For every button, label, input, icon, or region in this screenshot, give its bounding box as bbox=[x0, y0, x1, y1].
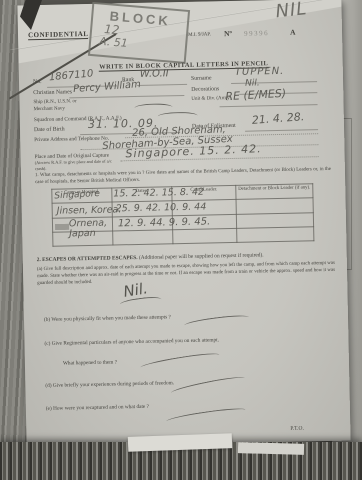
camp-row-2-dates: 25. 9. 42. 10. 9. 44 bbox=[116, 202, 207, 215]
question-2a-text: (a) Give full description and approx. da… bbox=[37, 260, 335, 288]
scanned-pow-questionnaire-photo: { "header": { "stamp": { "line1": "BLOCK… bbox=[0, 0, 362, 480]
address-label: Private Address and Telephone No. bbox=[34, 136, 109, 144]
stamp-handwriting-2: A. 51 bbox=[99, 35, 129, 50]
camp-row-3-camp: Ornena, Japan bbox=[69, 218, 117, 240]
ship-dash-answer bbox=[134, 103, 172, 112]
number-symbol: Nº bbox=[224, 29, 232, 38]
pto-note: P.T.O. bbox=[290, 426, 304, 432]
question-2d-text: (d) Give briefly your experiences during… bbox=[45, 380, 174, 389]
crossed-out-scribble bbox=[55, 223, 69, 229]
question-2-heading-main: 2. ESCAPES OR ATTEMPTED ESCAPES. bbox=[37, 255, 138, 263]
camp-row-1-dates: 15. 2. 42. 15. 8. 42 bbox=[113, 187, 204, 200]
camp-row-2-camp: Jinsen, Korea. bbox=[57, 204, 122, 216]
block-rubber-stamp: BLOCK 12 A. 51 bbox=[88, 2, 190, 64]
ship-label: Ship (R.N., U.S.N. or Merchant Navy bbox=[33, 99, 95, 113]
paper-slip bbox=[238, 442, 304, 455]
question-2e-text: (e) How were you recaptured and on what … bbox=[46, 404, 149, 412]
date-of-birth-label: Date of Birth bbox=[34, 126, 65, 133]
squadron-dash-answer bbox=[158, 112, 198, 121]
question-2c2-text: What happened to them ? bbox=[63, 359, 117, 366]
field-rule bbox=[69, 94, 184, 98]
capture-note: (Aircrew R.A.F. to give place and date o… bbox=[35, 158, 117, 171]
christian-names-value: Percy William bbox=[73, 79, 141, 95]
serial-number: 99396 bbox=[244, 29, 269, 38]
mi9-reference: M.I. 9/JAP. bbox=[188, 32, 211, 37]
surname-value: TUPPEN. bbox=[235, 66, 285, 78]
field-rule bbox=[137, 83, 187, 86]
no-label: No. bbox=[33, 79, 42, 85]
question-2d-dash-answer bbox=[170, 374, 245, 396]
enlistment-value: 21. 4. 28. bbox=[251, 110, 304, 127]
decorations-label: Decorations bbox=[191, 86, 219, 93]
nil-annotation: NIL bbox=[275, 0, 309, 22]
question-2c-text: (c) Give Regimental particulars of anyon… bbox=[44, 337, 219, 347]
question-2b-text: (b) Were you physically fit when you mad… bbox=[44, 314, 171, 323]
field-rule bbox=[220, 103, 318, 107]
question-2b-dash-answer bbox=[184, 313, 249, 329]
christian-names-label: Christian Names bbox=[33, 89, 72, 96]
question-2c-dash-answer bbox=[140, 351, 220, 372]
question-2-heading-note: (Additional paper will be supplied on re… bbox=[139, 252, 264, 261]
field-rule bbox=[245, 128, 318, 132]
confidential-marking: CONFIDENTIAL bbox=[28, 30, 89, 40]
camp-row-3-dates: 12. 9. 44. 9. 9. 45. bbox=[118, 216, 210, 229]
decorations-value: Nil. bbox=[245, 78, 260, 88]
serial-suffix: A bbox=[290, 28, 296, 37]
question-2e-dash-answer bbox=[166, 406, 246, 425]
rank-value: W.O.II bbox=[140, 68, 169, 80]
surname-label: Surname bbox=[191, 75, 212, 81]
questionnaire-page: BLOCK 12 A. 51 NIL CONFIDENTIAL M.I. 9/J… bbox=[17, 0, 350, 447]
field-rule bbox=[231, 80, 317, 84]
unit-value: RE (E/MES) bbox=[225, 87, 286, 103]
